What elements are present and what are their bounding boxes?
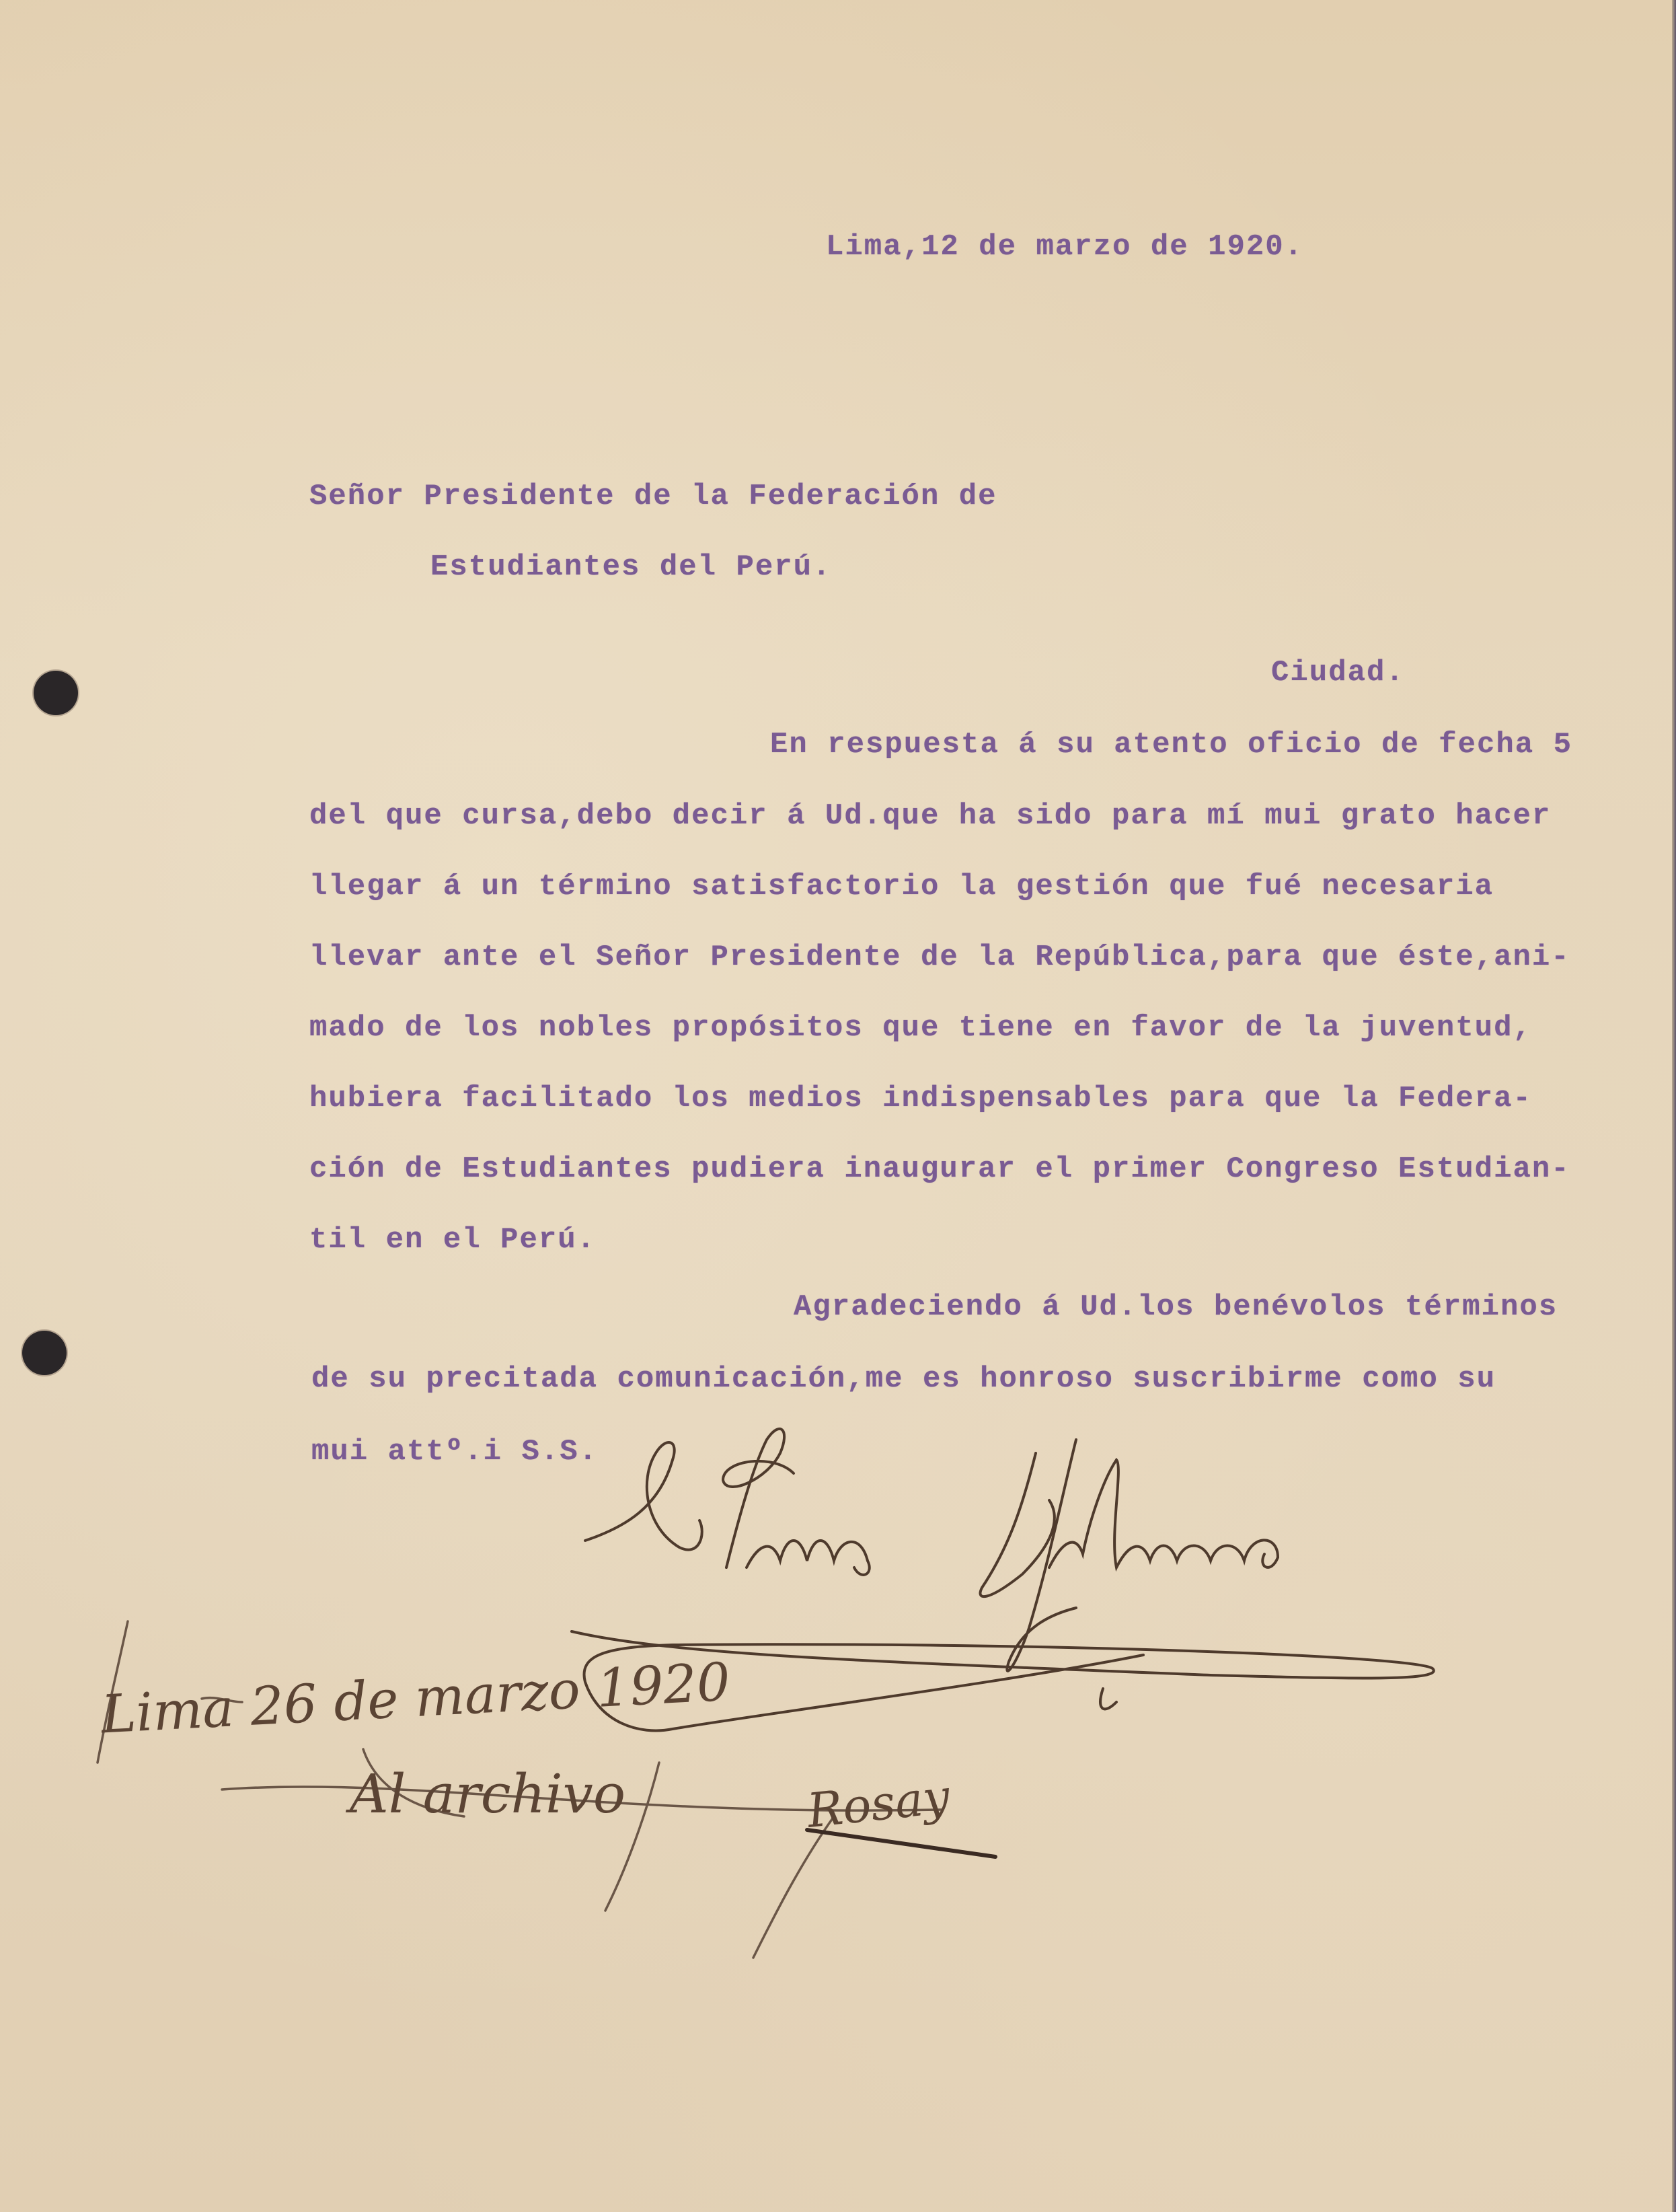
signature-ink: [0, 0, 1676, 2212]
handwritten-note-instruction: Al archivo: [350, 1763, 625, 1825]
letter-page: Lima,12 de marzo de 1920. Señor Presiden…: [0, 0, 1676, 2212]
